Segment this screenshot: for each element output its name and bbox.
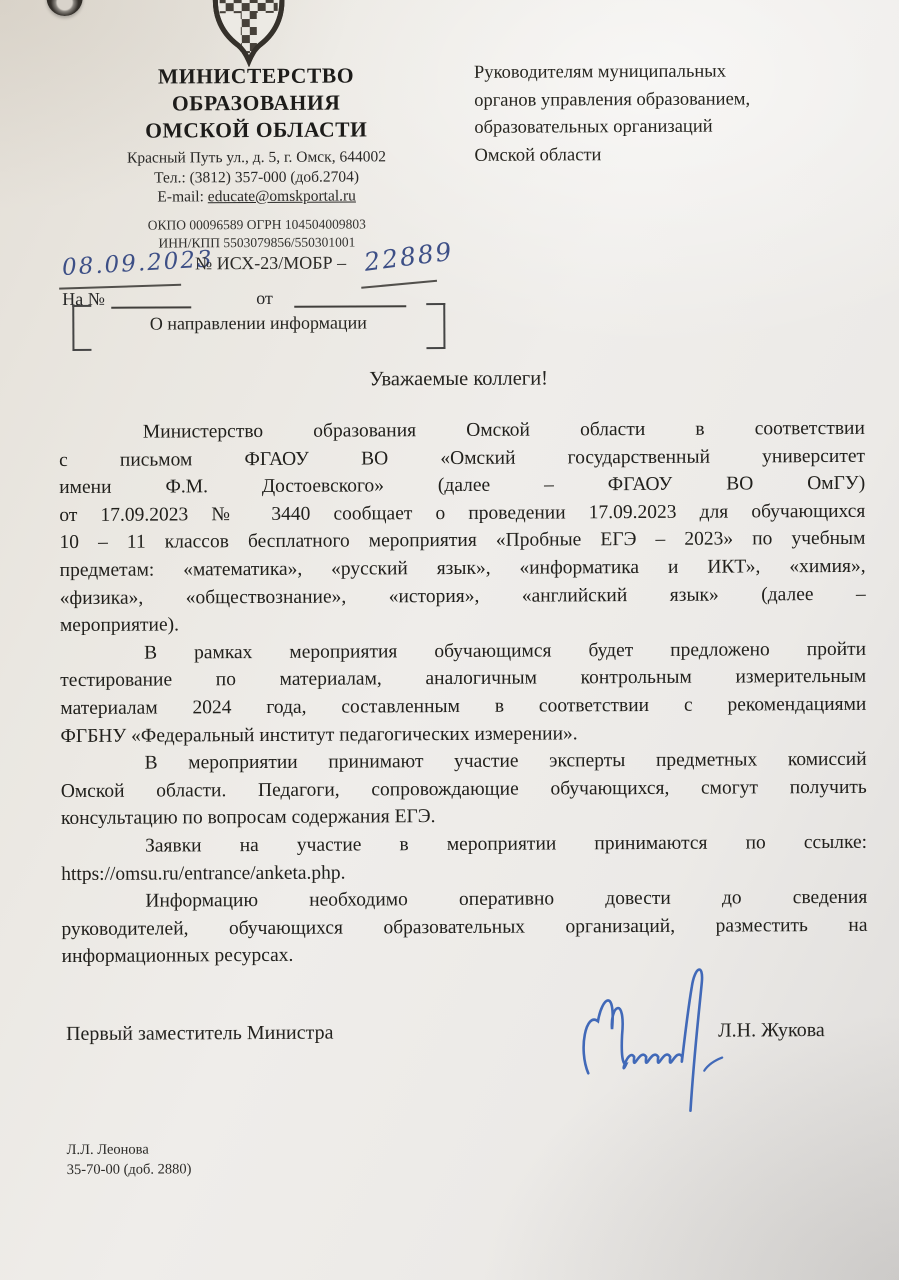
org-name: МИНИСТЕРСТВООБРАЗОВАНИЯОМСКОЙ ОБЛАСТИ — [50, 62, 462, 145]
body-line: мероприятие). — [60, 608, 866, 640]
body-line: информационных ресурсах. — [62, 939, 868, 971]
signer-name: Л.Н. Жукова — [718, 1019, 825, 1043]
body-line: консультацию по вопросам содержания ЕГЭ. — [61, 801, 867, 833]
body-line: В рамках мероприятия обучающимся будет п… — [60, 636, 866, 668]
recipient-line: органов управления образованием, — [474, 85, 886, 115]
paragraph: В мероприятии принимают участие эксперты… — [61, 746, 867, 833]
org-email-line: E-mail: educate@omskportal.ru — [51, 186, 463, 208]
okpo-ogrn: ОКПО 00096589 ОГРН 104504009803 — [51, 214, 463, 234]
body-line: имени Ф.М. Достоевского» (далее – ФГАОУ … — [59, 470, 865, 502]
recipient-line: Руководителям муниципальных — [474, 58, 886, 88]
number-underline — [361, 280, 437, 289]
coat-of-arms-icon — [209, 0, 288, 67]
paper-clip-pin — [47, 0, 83, 16]
org-name-line: МИНИСТЕРСТВО — [50, 62, 462, 91]
body-line: https://omsu.ru/entrance/anketa.php. — [61, 856, 867, 888]
letterhead: МИНИСТЕРСТВООБРАЗОВАНИЯОМСКОЙ ОБЛАСТИ Кр… — [50, 62, 463, 253]
executor-phone: 35-70-00 (доб. 2880) — [67, 1159, 192, 1180]
executor-name: Л.Л. Леонова — [67, 1139, 192, 1160]
body-line: Министерство образования Омской области … — [59, 415, 865, 447]
subject-line: О направлении информации — [90, 312, 426, 335]
paper-content: МИНИСТЕРСТВООБРАЗОВАНИЯОМСКОЙ ОБЛАСТИ Кр… — [0, 0, 899, 1280]
reply-from-label: от — [256, 288, 273, 309]
recipient-block: Руководителям муниципальныхорганов управ… — [474, 58, 887, 170]
paragraph: Заявки на участие в мероприятии принимаю… — [61, 829, 867, 888]
body-paragraphs: Министерство образования Омской области … — [59, 415, 868, 971]
salutation: Уважаемые коллеги! — [0, 366, 899, 394]
scanned-letter-page: МИНИСТЕРСТВООБРАЗОВАНИЯОМСКОЙ ОБЛАСТИ Кр… — [0, 0, 899, 1280]
org-phone: Тел.: (3812) 357-000 (доб.2704) — [51, 166, 463, 188]
email-address: educate@omskportal.ru — [208, 187, 356, 205]
body-line: с письмом ФГАОУ ВО «Омский государственн… — [59, 442, 865, 474]
body-line: от 17.09.2023 № 3440 сообщает о проведен… — [59, 498, 865, 530]
org-address: Красный Путь ул., д. 5, г. Омск, 644002 — [50, 147, 462, 169]
subject-bracket-left — [72, 305, 91, 351]
org-name-line: ОМСКОЙ ОБЛАСТИ — [50, 116, 462, 145]
body-line: «физика», «обществознание», «история», «… — [60, 580, 866, 612]
signer-position-title: Первый заместитель Министра — [66, 1022, 334, 1046]
recipient-line: Омской области — [474, 140, 886, 170]
body-line: Заявки на участие в мероприятии принимаю… — [61, 829, 867, 861]
subject-bracket-right — [426, 303, 445, 349]
reply-number-blank — [111, 306, 191, 308]
reply-date-blank — [294, 305, 406, 308]
executor-block: Л.Л. Леонова 35-70-00 (доб. 2880) — [67, 1139, 192, 1180]
body-line: материалам 2024 года, составленным в соо… — [60, 691, 866, 723]
paragraph: Министерство образования Омской области … — [59, 415, 866, 640]
org-name-line: ОБРАЗОВАНИЯ — [50, 89, 462, 118]
org-contacts: Красный Путь ул., д. 5, г. Омск, 644002 … — [50, 147, 462, 208]
body-line: Омской области. Педагоги, сопровождающие… — [61, 774, 867, 806]
body-line: В мероприятии принимают участие эксперты… — [61, 746, 867, 778]
body-line: ФГБНУ «Федеральный институт педагогическ… — [60, 718, 866, 750]
outgoing-number-label: № ИСХ-23/МОБР – — [195, 253, 346, 275]
paragraph: Информацию необходимо оперативно довести… — [61, 884, 867, 971]
recipient-line: образовательных организаций — [474, 113, 886, 143]
body-line: руководителей, обучающихся образовательн… — [61, 912, 867, 944]
body-line: 10 – 11 классов бесплатного мероприятия … — [59, 525, 865, 557]
body-line: тестирование по материалам, аналогичным … — [60, 663, 866, 695]
handwritten-signature — [574, 961, 735, 1122]
body-line: Информацию необходимо оперативно довести… — [61, 884, 867, 916]
email-label: E-mail: — [157, 188, 207, 205]
paragraph: В рамках мероприятия обучающимся будет п… — [60, 636, 867, 751]
body-line: предметам: «математика», «русский язык»,… — [60, 553, 866, 585]
